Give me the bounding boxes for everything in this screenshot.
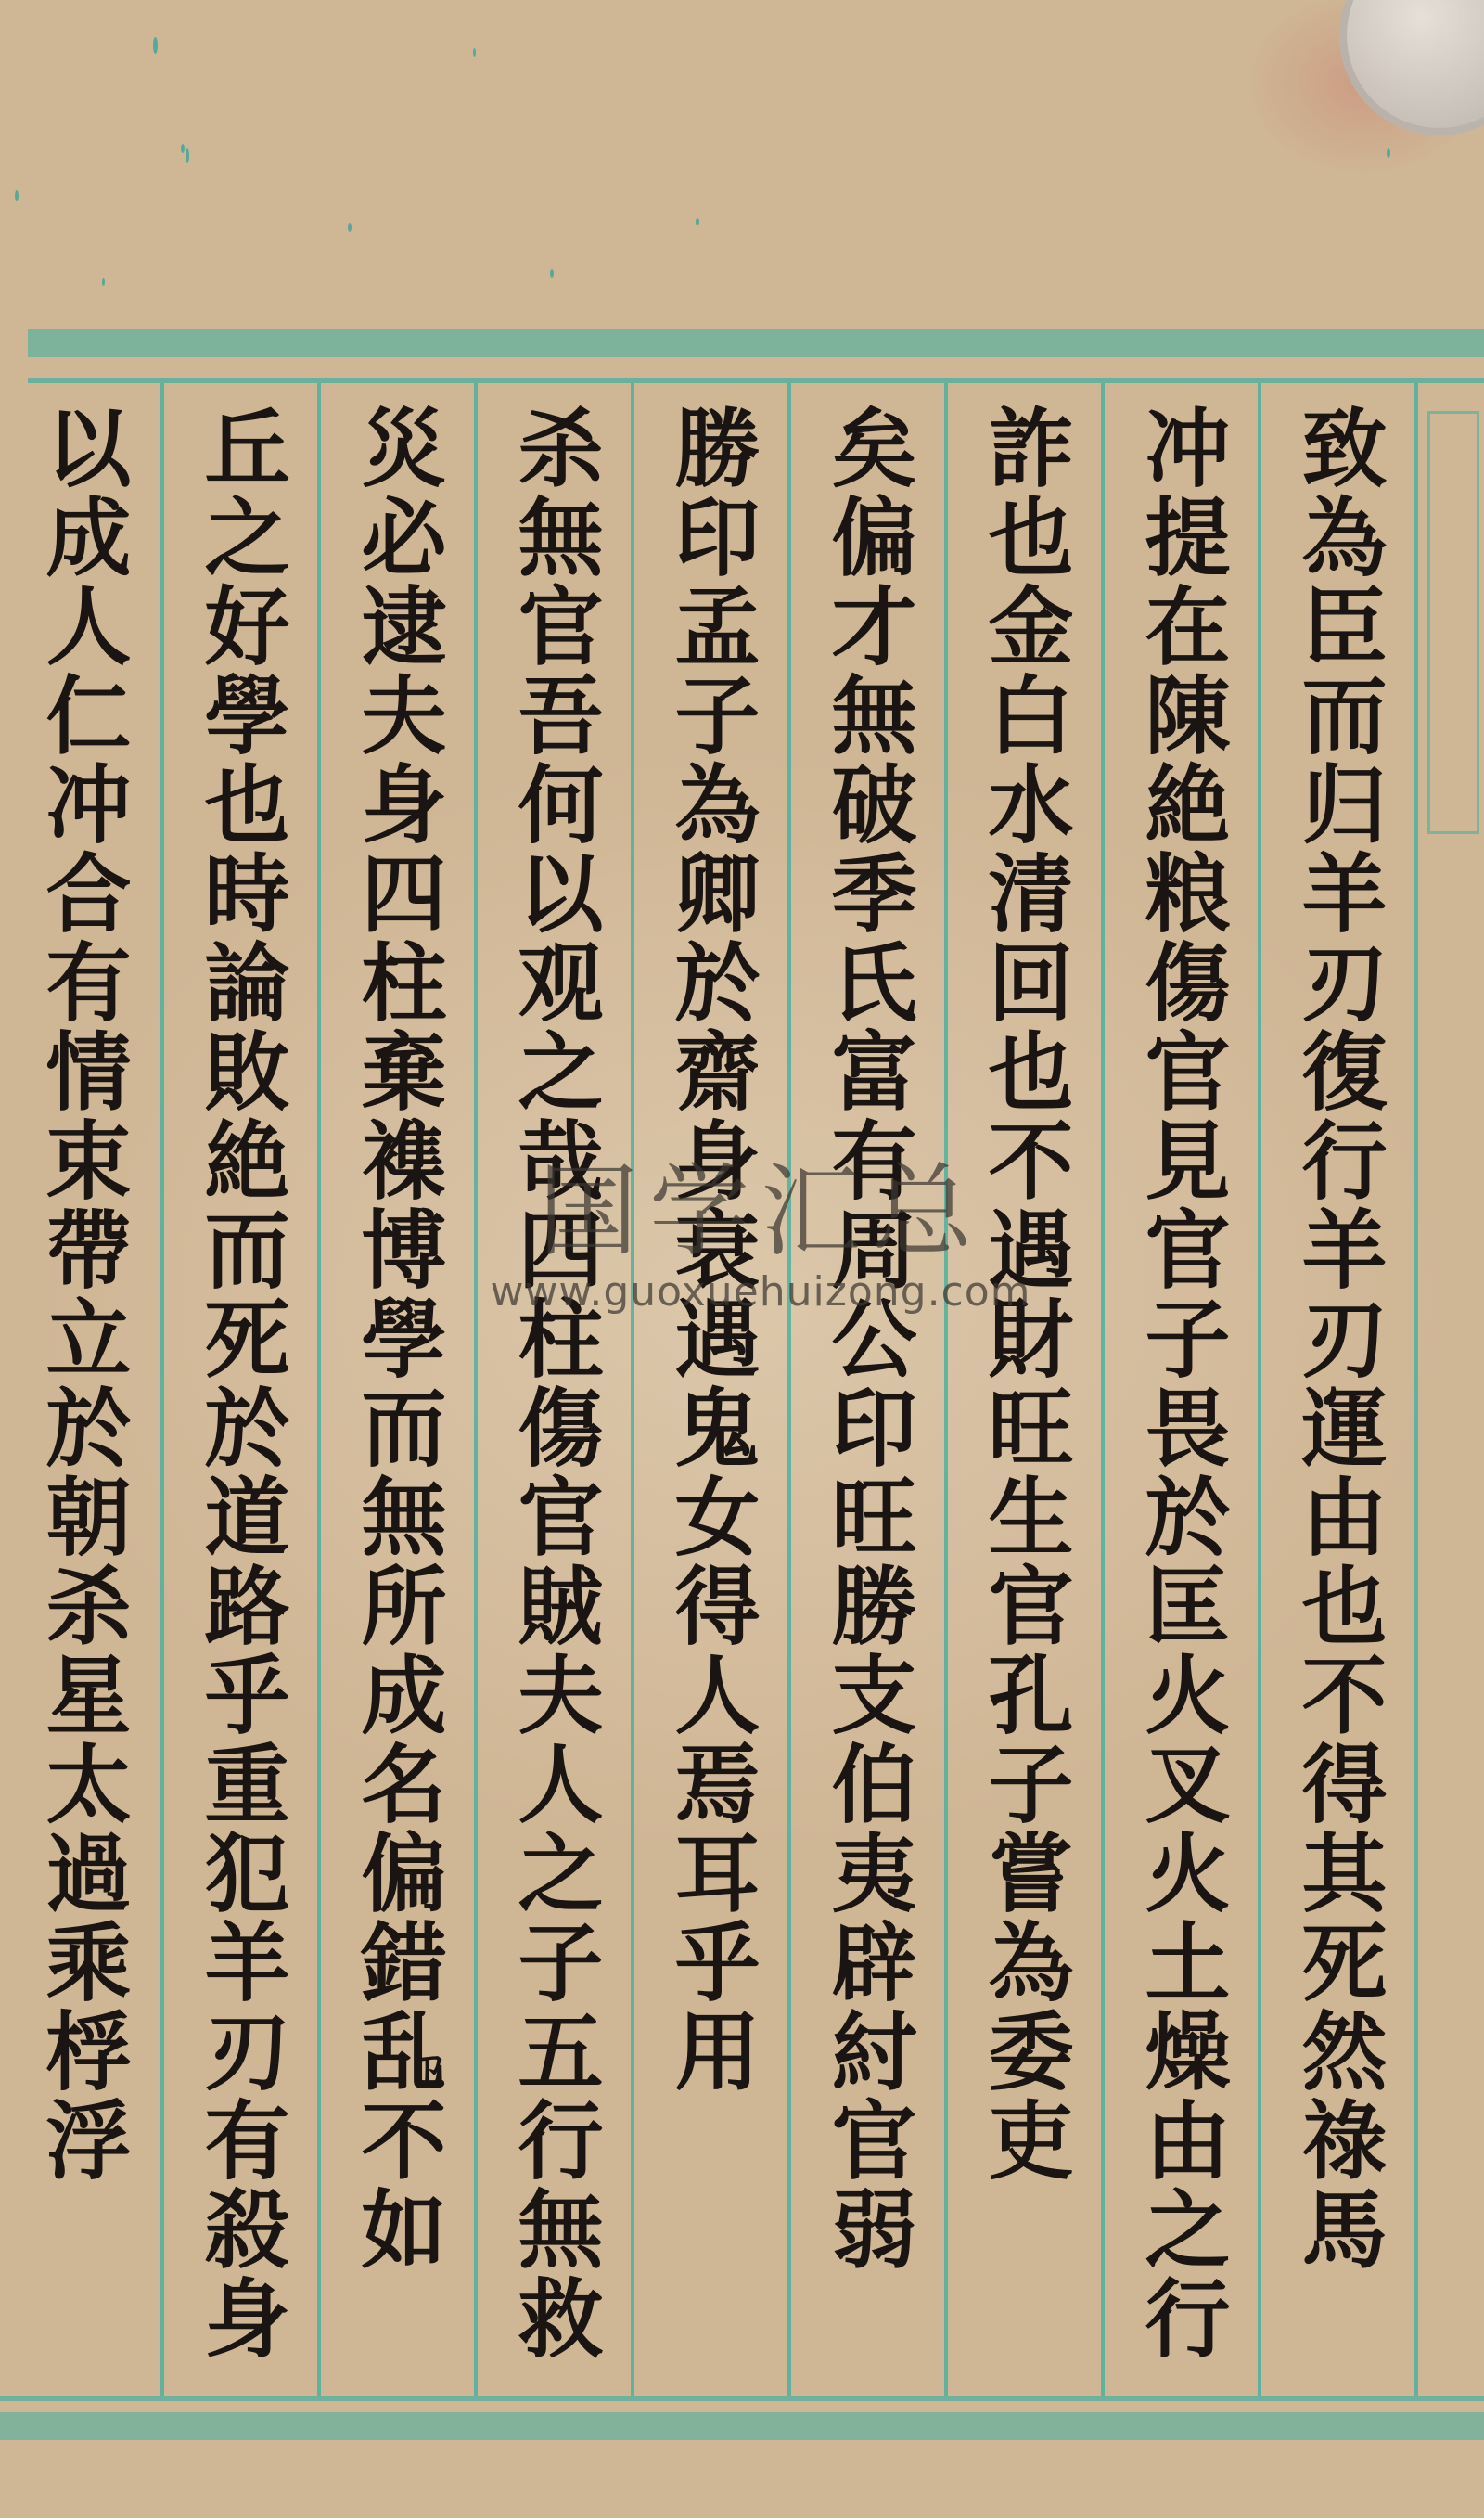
column-6: 杀無官吾何以观之哉四柱傷官賊夫人之子五行無救 (474, 383, 631, 2396)
paper-speck (181, 144, 185, 153)
paper-speck (550, 269, 554, 278)
column-9: 以成人仁冲合有情束帶立於朝杀星太過乘桴浮 (4, 383, 160, 2396)
paper-speck (1387, 148, 1390, 158)
column-text: 災必逮夫身四柱棄襍博學而無所成名偏錯乱不如 (355, 404, 441, 2396)
column-1: 致為臣而归羊刃復行羊刃運由也不得其死然祿馬 (1258, 383, 1414, 2396)
column-text: 丘之好學也時論敗絶而死於道路乎重犯羊刃有殺身 (198, 404, 284, 2396)
manuscript-page: 致為臣而归羊刃復行羊刃運由也不得其死然祿馬 冲提在陳絶粮傷官見官子畏於匡火叉火土… (0, 0, 1484, 2518)
column-8: 丘之好學也時論敗絶而死於道路乎重犯羊刃有殺身 (160, 383, 317, 2396)
paper-speck (473, 48, 476, 57)
bottom-border-thin (0, 2396, 1484, 2401)
paper-speck (153, 37, 158, 54)
column-text: 以成人仁冲合有情束帶立於朝杀星太過乘桴浮 (40, 404, 125, 2396)
column-text: 致為臣而归羊刃復行羊刃運由也不得其死然祿馬 (1296, 404, 1381, 2396)
paper-speck (348, 223, 352, 232)
column-2: 冲提在陳絶粮傷官見官子畏於匡火叉火土燥由之行 (1101, 383, 1258, 2396)
paper-speck (696, 218, 699, 225)
bottom-border-thick (0, 2412, 1484, 2440)
margin-ear-box (1427, 411, 1479, 834)
magnifier-lens-edge (1339, 0, 1484, 135)
column-text: 冲提在陳絶粮傷官見官子畏於匡火叉火土燥由之行 (1139, 404, 1224, 2396)
ruled-frame: 致為臣而归羊刃復行羊刃運由也不得其死然祿馬 冲提在陳絶粮傷官見官子畏於匡火叉火土… (0, 329, 1484, 2440)
column-text: 詐也金白水清回也不遇財旺生官孔子嘗為委吏 (982, 404, 1068, 2396)
column-text: 矣偏才無破季氏富有周公印旺勝支伯夷辟紂官弱 (825, 404, 911, 2396)
right-margin (1414, 383, 1484, 2396)
paper-speck (15, 190, 19, 201)
text-columns: 致為臣而归羊刃復行羊刃運由也不得其死然祿馬 冲提在陳絶粮傷官見官子畏於匡火叉火土… (0, 383, 1414, 2396)
column-3: 詐也金白水清回也不遇財旺生官孔子嘗為委吏 (944, 383, 1101, 2396)
marginal-annotation: ㄗ (406, 2032, 451, 2096)
column-text: 勝印孟子為卿於齋身衰遇鬼女得人焉耳乎用 (669, 404, 754, 2396)
column-text: 杀無官吾何以观之哉四柱傷官賊夫人之子五行無救 (512, 404, 597, 2396)
paper-speck (102, 278, 105, 286)
paper-speck (185, 148, 189, 163)
top-border-thick (28, 329, 1484, 357)
column-4: 矣偏才無破季氏富有周公印旺勝支伯夷辟紂官弱 (787, 383, 944, 2396)
column-5: 勝印孟子為卿於齋身衰遇鬼女得人焉耳乎用 (631, 383, 787, 2396)
